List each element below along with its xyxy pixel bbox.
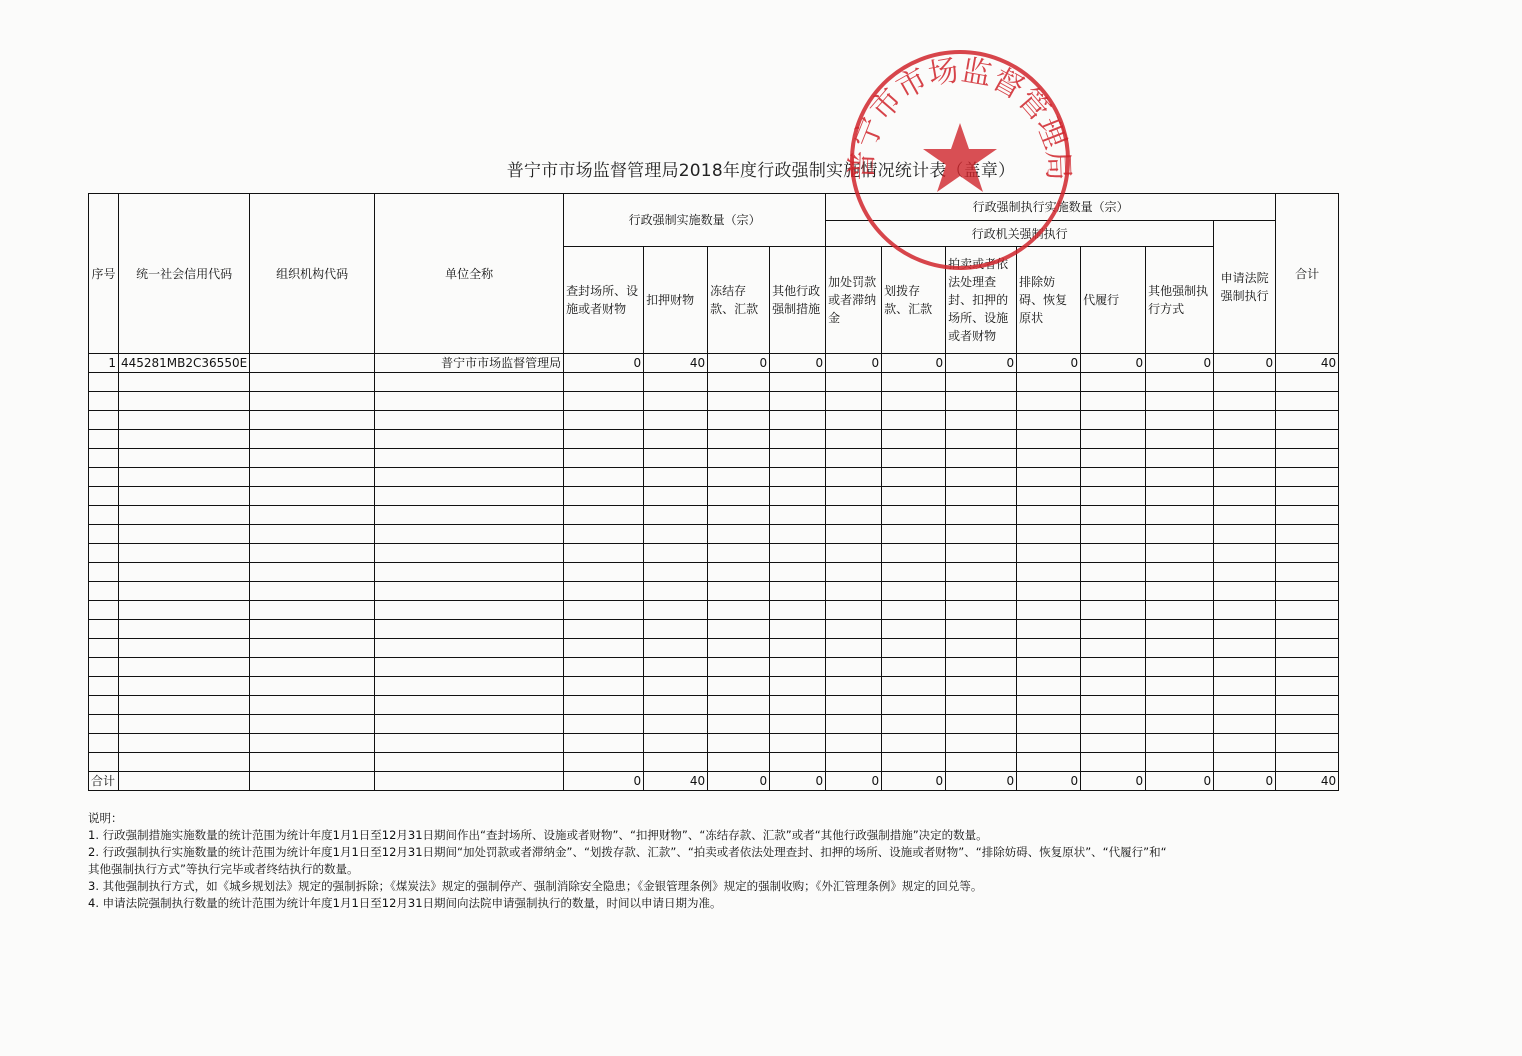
empty-cell	[250, 601, 375, 620]
empty-cell	[375, 468, 564, 487]
empty-cell	[708, 601, 770, 620]
empty-cell	[564, 449, 644, 468]
table-row-empty	[89, 563, 1339, 582]
empty-cell	[708, 449, 770, 468]
empty-cell	[708, 544, 770, 563]
empty-cell	[564, 715, 644, 734]
empty-cell	[644, 563, 708, 582]
cell-value: 0	[826, 354, 882, 373]
table-row-empty	[89, 753, 1339, 772]
empty-cell	[826, 620, 882, 639]
footer-value: 0	[770, 772, 826, 791]
empty-cell	[89, 734, 119, 753]
empty-cell	[882, 715, 946, 734]
empty-cell	[119, 411, 250, 430]
header-agency-col: 其他强制执行方式	[1146, 247, 1214, 354]
footer-empty-cell	[119, 772, 250, 791]
cell-value: 0	[1214, 354, 1276, 373]
notes-section: 说明： 1. 行政强制措施实施数量的统计范围为统计年度1月1日至12月31日期间…	[88, 810, 1338, 912]
empty-cell	[946, 392, 1017, 411]
empty-cell	[708, 696, 770, 715]
empty-cell	[826, 734, 882, 753]
empty-cell	[770, 601, 826, 620]
empty-cell	[1214, 411, 1276, 430]
empty-cell	[89, 487, 119, 506]
footer-value: 40	[1276, 772, 1339, 791]
empty-cell	[1146, 658, 1214, 677]
empty-cell	[564, 373, 644, 392]
empty-cell	[1146, 734, 1214, 753]
cell-value: 40	[1276, 354, 1339, 373]
empty-cell	[770, 658, 826, 677]
empty-cell	[770, 468, 826, 487]
empty-cell	[89, 411, 119, 430]
empty-cell	[946, 487, 1017, 506]
empty-cell	[826, 715, 882, 734]
empty-cell	[946, 620, 1017, 639]
empty-cell	[1017, 563, 1081, 582]
empty-cell	[1017, 487, 1081, 506]
empty-cell	[644, 696, 708, 715]
empty-cell	[882, 658, 946, 677]
empty-cell	[564, 411, 644, 430]
empty-cell	[826, 753, 882, 772]
empty-cell	[826, 411, 882, 430]
empty-cell	[89, 677, 119, 696]
empty-cell	[1214, 658, 1276, 677]
empty-cell	[89, 392, 119, 411]
empty-cell	[1017, 430, 1081, 449]
empty-cell	[1017, 620, 1081, 639]
empty-cell	[375, 696, 564, 715]
empty-cell	[250, 639, 375, 658]
empty-cell	[1276, 487, 1339, 506]
empty-cell	[826, 677, 882, 696]
empty-cell	[708, 525, 770, 544]
empty-cell	[770, 677, 826, 696]
empty-cell	[644, 639, 708, 658]
empty-cell	[564, 525, 644, 544]
footer-value: 0	[882, 772, 946, 791]
empty-cell	[89, 582, 119, 601]
empty-cell	[1081, 544, 1146, 563]
empty-cell	[882, 506, 946, 525]
empty-cell	[826, 544, 882, 563]
note-item: 4. 申请法院强制执行数量的统计范围为统计年度1月1日至12月31日期间向法院申…	[88, 895, 1338, 912]
empty-cell	[1276, 601, 1339, 620]
empty-cell	[250, 487, 375, 506]
empty-cell	[644, 487, 708, 506]
empty-cell	[1146, 525, 1214, 544]
note-item: 2. 行政强制执行实施数量的统计范围为统计年度1月1日至12月31日期间“加处罚…	[88, 844, 1338, 861]
empty-cell	[375, 620, 564, 639]
header-total: 合计	[1276, 194, 1339, 354]
empty-cell	[882, 525, 946, 544]
empty-cell	[644, 734, 708, 753]
empty-cell	[644, 411, 708, 430]
empty-cell	[1214, 677, 1276, 696]
empty-cell	[882, 620, 946, 639]
empty-cell	[1214, 449, 1276, 468]
empty-cell	[1214, 525, 1276, 544]
empty-cell	[564, 639, 644, 658]
empty-cell	[89, 715, 119, 734]
empty-cell	[1276, 658, 1339, 677]
empty-cell	[1276, 677, 1339, 696]
empty-cell	[564, 392, 644, 411]
empty-cell	[882, 487, 946, 506]
empty-cell	[564, 506, 644, 525]
table-row: 1445281MB2C36550E普宁市市场监督管理局0400000000004…	[89, 354, 1339, 373]
empty-cell	[375, 639, 564, 658]
table-row-empty	[89, 544, 1339, 563]
empty-cell	[826, 487, 882, 506]
empty-cell	[826, 373, 882, 392]
empty-cell	[644, 677, 708, 696]
footer-value: 0	[1214, 772, 1276, 791]
empty-cell	[1081, 753, 1146, 772]
empty-cell	[708, 620, 770, 639]
empty-cell	[375, 658, 564, 677]
empty-cell	[1017, 639, 1081, 658]
empty-cell	[1146, 563, 1214, 582]
empty-cell	[1276, 715, 1339, 734]
empty-cell	[375, 544, 564, 563]
empty-cell	[882, 430, 946, 449]
empty-cell	[1146, 506, 1214, 525]
empty-cell	[89, 639, 119, 658]
empty-cell	[250, 468, 375, 487]
footer-value: 0	[708, 772, 770, 791]
empty-cell	[826, 601, 882, 620]
empty-cell	[564, 430, 644, 449]
empty-cell	[1214, 506, 1276, 525]
empty-cell	[1276, 582, 1339, 601]
empty-cell	[644, 449, 708, 468]
cell-value: 0	[770, 354, 826, 373]
empty-cell	[119, 696, 250, 715]
table-row-empty	[89, 449, 1339, 468]
empty-cell	[708, 392, 770, 411]
empty-cell	[882, 411, 946, 430]
empty-cell	[89, 373, 119, 392]
empty-cell	[644, 525, 708, 544]
table-row-empty	[89, 430, 1339, 449]
empty-cell	[119, 449, 250, 468]
empty-cell	[250, 620, 375, 639]
footer-value: 0	[1146, 772, 1214, 791]
empty-cell	[119, 601, 250, 620]
empty-cell	[119, 430, 250, 449]
empty-cell	[708, 715, 770, 734]
empty-cell	[1276, 430, 1339, 449]
empty-cell	[250, 677, 375, 696]
empty-cell	[250, 582, 375, 601]
empty-cell	[375, 506, 564, 525]
empty-cell	[946, 715, 1017, 734]
empty-cell	[119, 734, 250, 753]
empty-cell	[644, 753, 708, 772]
header-court: 申请法院强制执行	[1214, 221, 1276, 354]
header-impl-col: 查封场所、设施或者财物	[564, 247, 644, 354]
empty-cell	[770, 430, 826, 449]
cell-org-code	[250, 354, 375, 373]
empty-cell	[250, 411, 375, 430]
note-item: 其他强制执行方式”等执行完毕或者终结执行的数量。	[88, 861, 1338, 878]
empty-cell	[826, 449, 882, 468]
empty-cell	[375, 734, 564, 753]
note-item: 3. 其他强制执行方式，如《城乡规划法》规定的强制拆除；《煤炭法》规定的强制停产…	[88, 878, 1338, 895]
empty-cell	[1081, 525, 1146, 544]
header-seq: 序号	[89, 194, 119, 354]
empty-cell	[882, 696, 946, 715]
empty-cell	[882, 753, 946, 772]
empty-cell	[826, 582, 882, 601]
empty-cell	[946, 582, 1017, 601]
empty-cell	[708, 487, 770, 506]
empty-cell	[1081, 411, 1146, 430]
note-item: 1. 行政强制措施实施数量的统计范围为统计年度1月1日至12月31日期间作出“查…	[88, 827, 1338, 844]
empty-cell	[375, 449, 564, 468]
empty-cell	[946, 601, 1017, 620]
empty-cell	[770, 734, 826, 753]
header-group-exec: 行政强制执行实施数量（宗）	[826, 194, 1276, 221]
empty-cell	[882, 468, 946, 487]
header-credit-code: 统一社会信用代码	[119, 194, 250, 354]
empty-cell	[708, 639, 770, 658]
empty-cell	[708, 373, 770, 392]
empty-cell	[946, 468, 1017, 487]
empty-cell	[1214, 563, 1276, 582]
empty-cell	[1017, 468, 1081, 487]
empty-cell	[644, 544, 708, 563]
empty-cell	[1081, 639, 1146, 658]
table-row-empty	[89, 392, 1339, 411]
empty-cell	[946, 525, 1017, 544]
header-agency-col: 划拨存款、汇款	[882, 247, 946, 354]
empty-cell	[1081, 582, 1146, 601]
header-impl-col: 其他行政强制措施	[770, 247, 826, 354]
empty-cell	[708, 753, 770, 772]
empty-cell	[119, 753, 250, 772]
empty-cell	[1146, 544, 1214, 563]
empty-cell	[1146, 411, 1214, 430]
cell-seq: 1	[89, 354, 119, 373]
empty-cell	[89, 601, 119, 620]
empty-cell	[119, 715, 250, 734]
empty-cell	[1146, 487, 1214, 506]
footer-value: 0	[1017, 772, 1081, 791]
empty-cell	[826, 525, 882, 544]
header-agency-col: 拍卖或者依法处理查封、扣押的场所、设施或者财物	[946, 247, 1017, 354]
footer-value: 40	[644, 772, 708, 791]
empty-cell	[1017, 392, 1081, 411]
header-group-impl: 行政强制实施数量（宗）	[564, 194, 826, 247]
empty-cell	[770, 620, 826, 639]
empty-cell	[1081, 468, 1146, 487]
empty-cell	[826, 468, 882, 487]
empty-cell	[1081, 734, 1146, 753]
empty-cell	[119, 582, 250, 601]
empty-cell	[1081, 430, 1146, 449]
empty-cell	[250, 392, 375, 411]
empty-cell	[882, 677, 946, 696]
empty-cell	[1081, 392, 1146, 411]
header-impl-col: 扣押财物	[644, 247, 708, 354]
empty-cell	[946, 753, 1017, 772]
empty-cell	[250, 753, 375, 772]
footer-value: 0	[826, 772, 882, 791]
footer-value: 0	[946, 772, 1017, 791]
empty-cell	[375, 525, 564, 544]
cell-value: 0	[564, 354, 644, 373]
empty-cell	[946, 449, 1017, 468]
empty-cell	[1214, 753, 1276, 772]
table-row-empty	[89, 639, 1339, 658]
empty-cell	[375, 392, 564, 411]
empty-cell	[1214, 696, 1276, 715]
empty-cell	[1276, 373, 1339, 392]
empty-cell	[1214, 468, 1276, 487]
footer-label: 合计	[89, 772, 119, 791]
empty-cell	[1017, 753, 1081, 772]
empty-cell	[770, 506, 826, 525]
empty-cell	[119, 487, 250, 506]
cell-credit-code: 445281MB2C36550E	[119, 354, 250, 373]
empty-cell	[375, 753, 564, 772]
empty-cell	[946, 430, 1017, 449]
empty-cell	[1017, 506, 1081, 525]
empty-cell	[1214, 734, 1276, 753]
cell-value: 0	[708, 354, 770, 373]
empty-cell	[1017, 696, 1081, 715]
empty-cell	[1146, 620, 1214, 639]
empty-cell	[250, 734, 375, 753]
empty-cell	[1146, 715, 1214, 734]
empty-cell	[1146, 753, 1214, 772]
empty-cell	[250, 544, 375, 563]
table-row-empty	[89, 601, 1339, 620]
empty-cell	[1214, 373, 1276, 392]
empty-cell	[119, 563, 250, 582]
empty-cell	[882, 449, 946, 468]
empty-cell	[882, 601, 946, 620]
empty-cell	[708, 734, 770, 753]
empty-cell	[1017, 544, 1081, 563]
header-impl-col: 冻结存款、汇款	[708, 247, 770, 354]
empty-cell	[770, 525, 826, 544]
empty-cell	[1276, 563, 1339, 582]
empty-cell	[1081, 658, 1146, 677]
empty-cell	[375, 715, 564, 734]
empty-cell	[644, 430, 708, 449]
empty-cell	[770, 582, 826, 601]
empty-cell	[89, 506, 119, 525]
footer-empty-cell	[375, 772, 564, 791]
empty-cell	[564, 468, 644, 487]
empty-cell	[250, 525, 375, 544]
cell-unit-name: 普宁市市场监督管理局	[375, 354, 564, 373]
header-unit-name: 单位全称	[375, 194, 564, 354]
empty-cell	[644, 468, 708, 487]
empty-cell	[1214, 430, 1276, 449]
empty-cell	[826, 696, 882, 715]
empty-cell	[1017, 525, 1081, 544]
empty-cell	[1017, 677, 1081, 696]
empty-cell	[1276, 449, 1339, 468]
empty-cell	[644, 392, 708, 411]
empty-cell	[644, 715, 708, 734]
empty-cell	[826, 392, 882, 411]
empty-cell	[826, 430, 882, 449]
empty-cell	[250, 449, 375, 468]
empty-cell	[564, 563, 644, 582]
empty-cell	[644, 620, 708, 639]
empty-cell	[1276, 411, 1339, 430]
empty-cell	[89, 544, 119, 563]
table-row-empty	[89, 373, 1339, 392]
empty-cell	[946, 639, 1017, 658]
empty-cell	[826, 639, 882, 658]
footer-value: 0	[1081, 772, 1146, 791]
empty-cell	[708, 411, 770, 430]
empty-cell	[564, 696, 644, 715]
empty-cell	[882, 734, 946, 753]
empty-cell	[119, 677, 250, 696]
empty-cell	[1146, 449, 1214, 468]
empty-cell	[708, 582, 770, 601]
empty-cell	[1214, 392, 1276, 411]
empty-cell	[119, 544, 250, 563]
empty-cell	[1214, 544, 1276, 563]
empty-cell	[89, 658, 119, 677]
empty-cell	[119, 392, 250, 411]
empty-cell	[882, 544, 946, 563]
empty-cell	[375, 601, 564, 620]
table-row-empty	[89, 620, 1339, 639]
empty-cell	[89, 468, 119, 487]
empty-cell	[564, 487, 644, 506]
empty-cell	[1276, 392, 1339, 411]
empty-cell	[1081, 563, 1146, 582]
cell-value: 0	[882, 354, 946, 373]
table-row-empty	[89, 487, 1339, 506]
header-org-code: 组织机构代码	[250, 194, 375, 354]
empty-cell	[564, 601, 644, 620]
empty-cell	[946, 411, 1017, 430]
empty-cell	[1276, 468, 1339, 487]
empty-cell	[375, 430, 564, 449]
empty-cell	[882, 373, 946, 392]
empty-cell	[770, 411, 826, 430]
table-row-empty	[89, 677, 1339, 696]
table-row-empty	[89, 525, 1339, 544]
empty-cell	[946, 544, 1017, 563]
table-row-empty	[89, 696, 1339, 715]
table-row-empty	[89, 734, 1339, 753]
empty-cell	[250, 506, 375, 525]
empty-cell	[1276, 753, 1339, 772]
empty-cell	[250, 658, 375, 677]
statistics-table: 序号 统一社会信用代码 组织机构代码 单位全称 行政强制实施数量（宗） 行政强制…	[88, 193, 1339, 791]
header-agency-col: 排除妨碍、恢复原状	[1017, 247, 1081, 354]
empty-cell	[1276, 544, 1339, 563]
empty-cell	[375, 563, 564, 582]
empty-cell	[1146, 677, 1214, 696]
empty-cell	[119, 373, 250, 392]
table-row-empty	[89, 468, 1339, 487]
document-title: 普宁市市场监督管理局2018年度行政强制实施情况统计表（盖章）	[0, 156, 1522, 181]
